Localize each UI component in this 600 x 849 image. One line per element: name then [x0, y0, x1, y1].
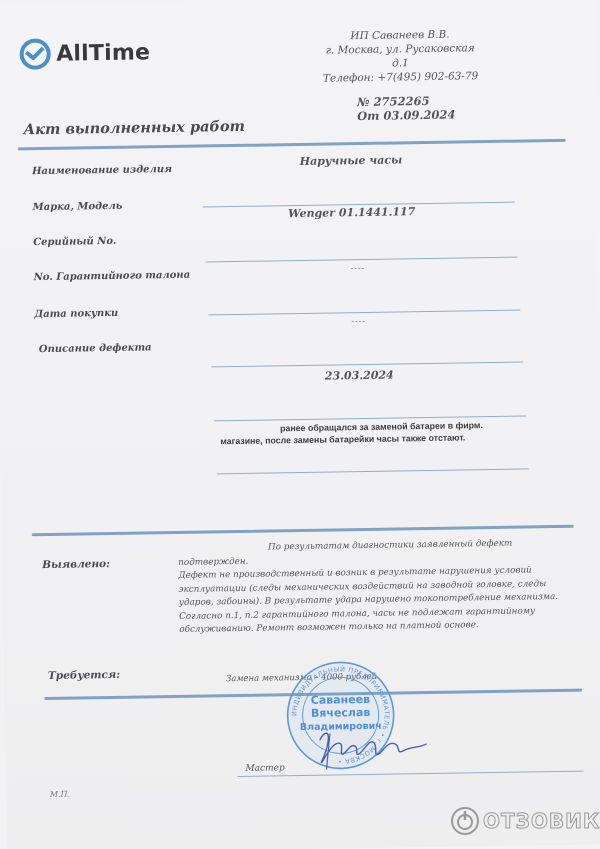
stamp-line1: Саванеев	[311, 693, 371, 707]
company-info: ИП Саванеев В.В. г. Москва, ул. Русаковс…	[320, 27, 481, 86]
field-value-serial: ----	[328, 264, 388, 275]
signature-icon	[300, 720, 441, 772]
field-value-brand-model: Wenger 01.1441.117	[277, 205, 427, 220]
field-line	[211, 361, 523, 367]
field-value-purchase-date: 23.03.2024	[319, 368, 399, 382]
field-line	[208, 310, 520, 316]
section-divider	[32, 525, 574, 537]
stamp-line2: Вячеслав	[311, 706, 371, 720]
master-label: Мастер	[245, 763, 284, 774]
document-number: № 2752265	[357, 94, 455, 110]
field-label-brand-model: Марка, Модель	[33, 201, 123, 213]
clock-check-icon	[18, 37, 53, 72]
field-label-serial: Серийный No.	[33, 236, 116, 248]
field-line	[205, 257, 517, 263]
found-text-rest: Дефект не производственный и возник в ре…	[178, 565, 558, 635]
document-title: Акт выполненных работ	[23, 118, 245, 138]
document-page: AllTime ИП Саванеев В.В. г. Москва, ул. …	[0, 0, 600, 849]
field-label-warranty-number: No. Гарантийного талона	[34, 270, 191, 283]
field-label-purchase-date: Дата покупки	[34, 308, 118, 320]
company-phone: Телефон: +7(495) 902-63-79	[321, 69, 481, 86]
otzovik-power-icon	[450, 806, 480, 836]
required-label: Требуется:	[48, 669, 120, 682]
field-label-product: Наименование изделия	[32, 164, 172, 177]
alltime-logo: AllTime	[18, 35, 150, 71]
field-value-product: Наручные часы	[286, 153, 416, 168]
field-value-defect-line2: магазине, после замены батарейки часы та…	[220, 431, 465, 447]
document-number-block: № 2752265 От 03.09.2024	[357, 94, 456, 124]
otzovik-text: ОТЗОВИК	[483, 809, 600, 833]
found-description: По результатам диагностики заявленный де…	[178, 537, 571, 638]
field-label-defect: Описание дефекта	[39, 342, 152, 355]
found-label: Выявлено:	[42, 558, 110, 571]
mp-label: М.П.	[50, 790, 70, 799]
otzovik-watermark: ОТЗОВИК	[450, 806, 600, 836]
field-value-warranty-number: ----	[328, 317, 388, 328]
document-date: От 03.09.2024	[357, 108, 455, 124]
brand-name: AllTime	[56, 40, 150, 66]
field-line	[217, 468, 529, 474]
company-address: г. Москва, ул. Русаковская д.1	[320, 41, 480, 72]
header-divider	[18, 139, 566, 151]
handwritten-signature	[300, 720, 441, 776]
